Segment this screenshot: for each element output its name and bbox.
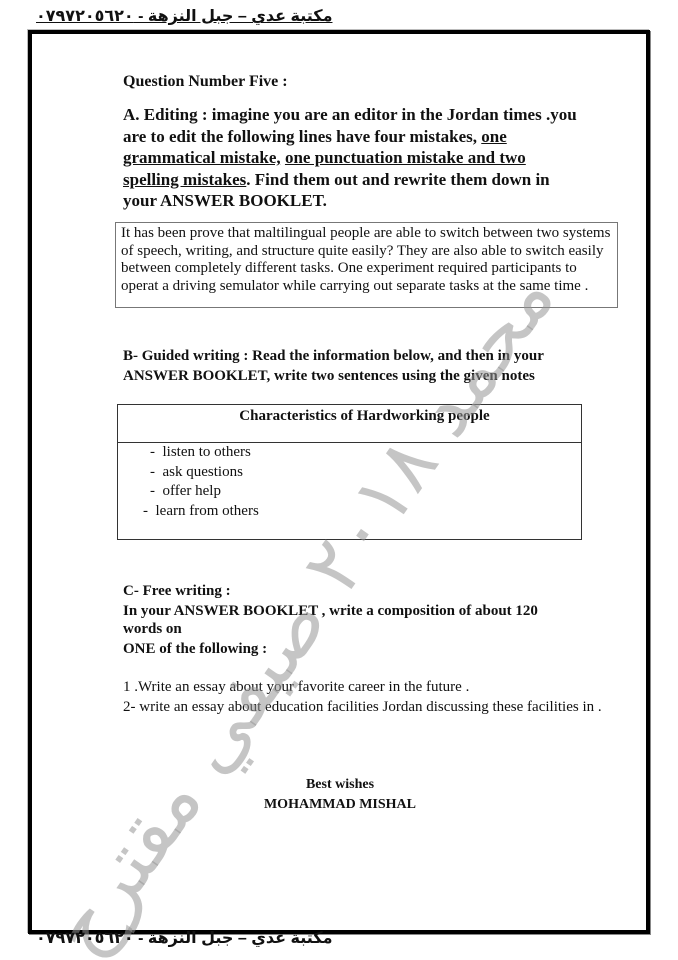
note-item: - offer help [118, 482, 581, 502]
closing-signature: Best wishes MOHAMMAD MISHAL [240, 775, 440, 815]
section-b-instructions: B- Guided writing : Read the information… [123, 347, 573, 386]
essay-option: 2- write an essay about education facili… [123, 697, 602, 717]
note-item: - learn from others [118, 502, 581, 522]
section-c-line: In your ANSWER BOOKLET , write a composi… [123, 601, 583, 621]
author-name: MOHAMMAD MISHAL [240, 795, 440, 815]
characteristics-table: Characteristics of Hardworking people - … [117, 404, 582, 540]
section-c-line: words on [123, 621, 583, 638]
essay-options: 1 .Write an essay about your favorite ca… [123, 677, 602, 717]
best-wishes: Best wishes [240, 775, 440, 795]
note-item: - listen to others [118, 443, 581, 463]
characteristics-table-title: Characteristics of Hardworking people [118, 405, 581, 443]
characteristics-notes: - listen to others - ask questions - off… [118, 443, 581, 521]
section-a-instructions: A. Editing : imagine you are an editor i… [123, 104, 583, 212]
section-c-instructions: C- Free writing : In your ANSWER BOOKLET… [123, 581, 583, 660]
essay-option: 1 .Write an essay about your favorite ca… [123, 677, 602, 697]
section-c-title: C- Free writing : [123, 581, 583, 601]
question-title: Question Number Five : [123, 73, 288, 91]
section-a-intro: A. Editing : imagine you are an editor i… [123, 105, 577, 146]
footer-library-contact: مكتبة عدي – جبل النزهة - ٠٧٩٧٢٠٥٦٢٠ [36, 928, 332, 948]
note-item: - ask questions [118, 463, 581, 483]
editing-passage-box: It has been prove that maltilingual peop… [115, 222, 618, 308]
header-library-contact: مكتبة عدي – جبل النزهة - ٠٧٩٧٢٠٥٦٢٠ [36, 6, 332, 26]
section-c-line: ONE of the following : [123, 638, 583, 660]
